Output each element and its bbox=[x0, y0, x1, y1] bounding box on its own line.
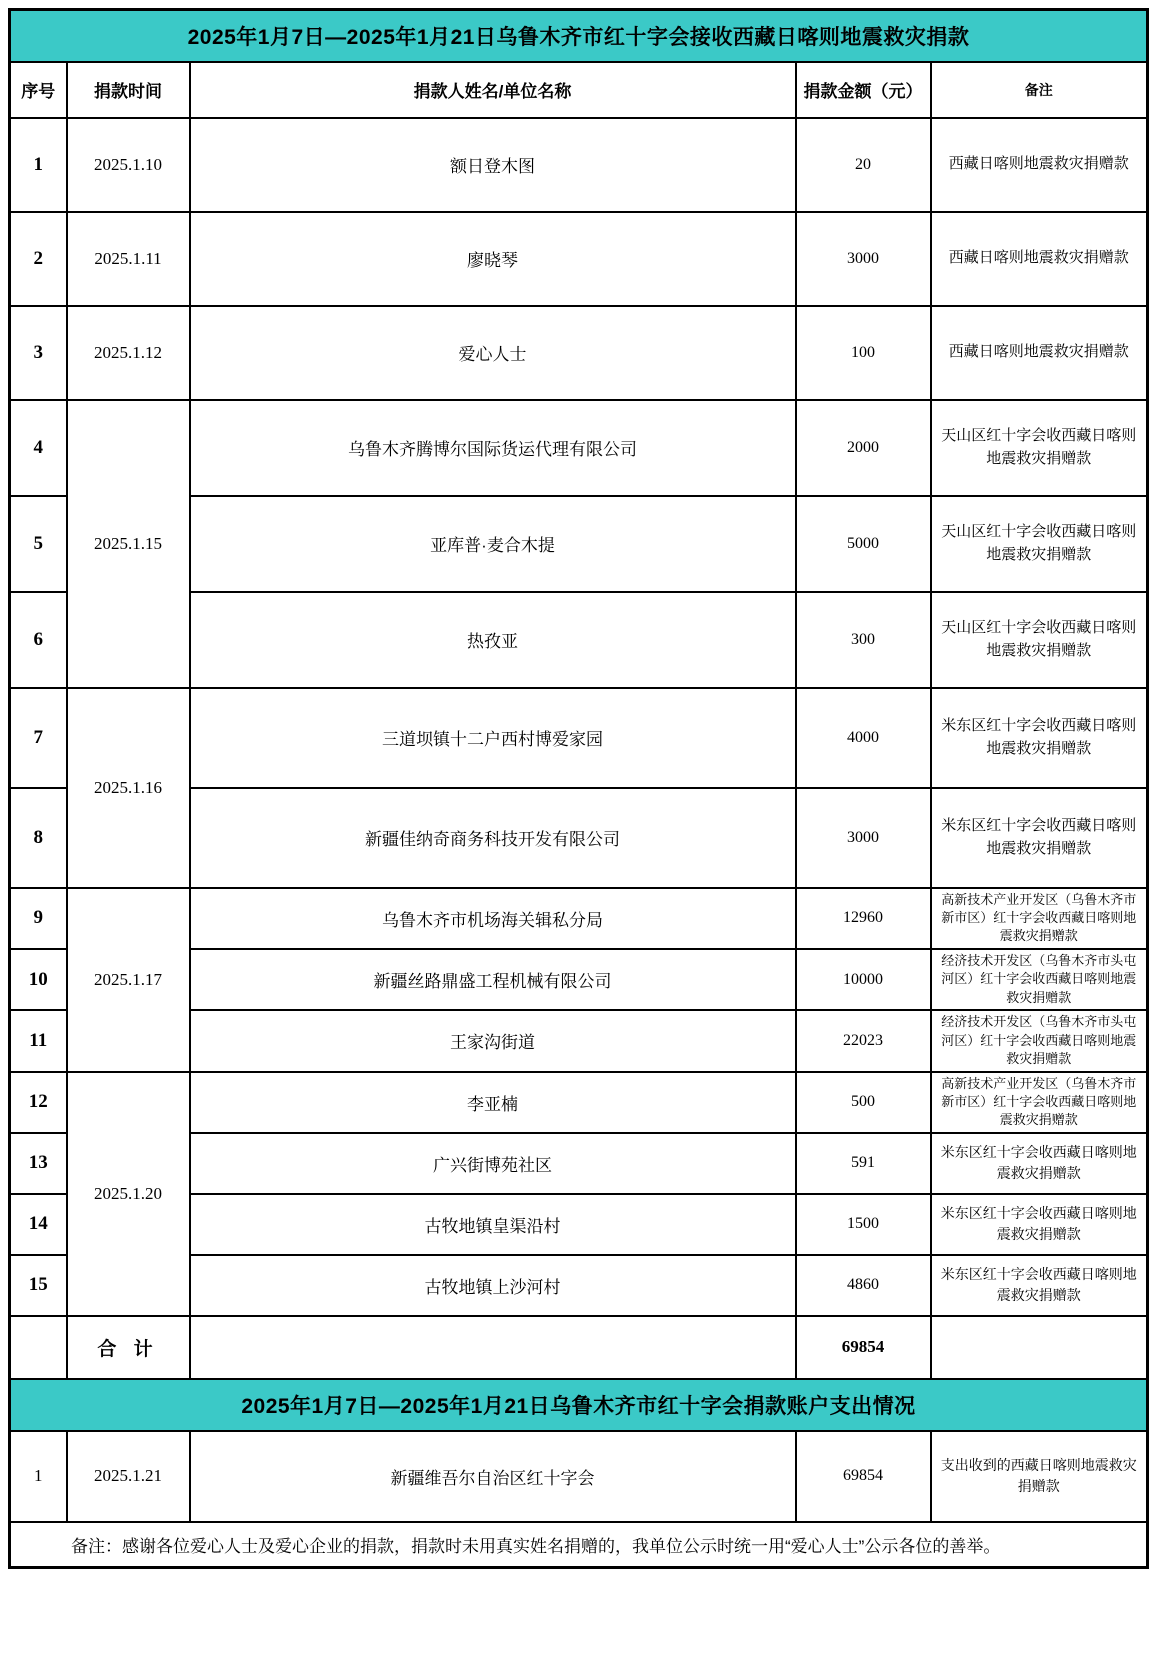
cell-remark: 西藏日喀则地震救灾捐赠款 bbox=[931, 118, 1148, 212]
cell-date-merged: 2025.1.20 bbox=[67, 1072, 190, 1316]
cell-donor-name: 王家沟街道 bbox=[190, 1010, 796, 1071]
cell-donor-name: 额日登木图 bbox=[190, 118, 796, 212]
cell-donor-name: 古牧地镇皇渠沿村 bbox=[190, 1194, 796, 1255]
table-row: 2 2025.1.11 廖晓琴 3000 西藏日喀则地震救灾捐赠款 bbox=[10, 212, 1148, 306]
cell-remark-empty bbox=[931, 1316, 1148, 1379]
cell-donor-name: 新疆佳纳奇商务科技开发有限公司 bbox=[190, 788, 796, 888]
cell-serial: 11 bbox=[10, 1010, 67, 1071]
table1-title: 2025年1月7日—2025年1月21日乌鲁木齐市红十字会接收西藏日喀则地震救灾… bbox=[10, 10, 1148, 62]
table-row: 7 2025.1.16 三道坝镇十二户西村博爱家园 4000 米东区红十字会收西… bbox=[10, 688, 1148, 788]
cell-remark: 米东区红十字会收西藏日喀则地震救灾捐赠款 bbox=[931, 788, 1148, 888]
cell-remark: 米东区红十字会收西藏日喀则地震救灾捐赠款 bbox=[931, 1255, 1148, 1316]
cell-serial: 8 bbox=[10, 788, 67, 888]
cell-date-merged: 2025.1.16 bbox=[67, 688, 190, 888]
table-row: 3 2025.1.12 爱心人士 100 西藏日喀则地震救灾捐赠款 bbox=[10, 306, 1148, 400]
cell-donor-name: 古牧地镇上沙河村 bbox=[190, 1255, 796, 1316]
cell-remark: 经济技术开发区（乌鲁木齐市头屯河区）红十字会收西藏日喀则地震救灾捐赠款 bbox=[931, 949, 1148, 1010]
table-row: 备注：感谢各位爱心人士及爱心企业的捐款，捐款时未用真实姓名捐赠的，我单位公示时统… bbox=[10, 1522, 1148, 1568]
cell-remark: 天山区红十字会收西藏日喀则地震救灾捐赠款 bbox=[931, 400, 1148, 496]
cell-remark: 高新技术产业开发区（乌鲁木齐市新市区）红十字会收西藏日喀则地震救灾捐赠款 bbox=[931, 888, 1148, 949]
cell-donor-name: 广兴街博苑社区 bbox=[190, 1133, 796, 1194]
document-sheet: 2025年1月7日—2025年1月21日乌鲁木齐市红十字会接收西藏日喀则地震救灾… bbox=[0, 0, 1154, 1569]
cell-amount: 22023 bbox=[796, 1010, 931, 1071]
cell-remark: 西藏日喀则地震救灾捐赠款 bbox=[931, 306, 1148, 400]
cell-date: 2025.1.12 bbox=[67, 306, 190, 400]
cell-date: 2025.1.21 bbox=[67, 1431, 190, 1522]
cell-serial: 1 bbox=[10, 1431, 67, 1522]
cell-donor-name: 三道坝镇十二户西村博爱家园 bbox=[190, 688, 796, 788]
cell-serial: 1 bbox=[10, 118, 67, 212]
cell-remark: 西藏日喀则地震救灾捐赠款 bbox=[931, 212, 1148, 306]
cell-remark: 高新技术产业开发区（乌鲁木齐市新市区）红十字会收西藏日喀则地震救灾捐赠款 bbox=[931, 1072, 1148, 1133]
cell-donor-name: 乌鲁木齐市机场海关辑私分局 bbox=[190, 888, 796, 949]
cell-serial: 9 bbox=[10, 888, 67, 949]
cell-serial: 4 bbox=[10, 400, 67, 496]
col-header-serial: 序号 bbox=[10, 62, 67, 118]
cell-amount: 3000 bbox=[796, 788, 931, 888]
cell-amount: 100 bbox=[796, 306, 931, 400]
cell-serial: 13 bbox=[10, 1133, 67, 1194]
cell-serial: 2 bbox=[10, 212, 67, 306]
table-row: 1 2025.1.10 额日登木图 20 西藏日喀则地震救灾捐赠款 bbox=[10, 118, 1148, 212]
cell-amount: 12960 bbox=[796, 888, 931, 949]
footer-note: 备注：感谢各位爱心人士及爱心企业的捐款，捐款时未用真实姓名捐赠的，我单位公示时统… bbox=[10, 1522, 1148, 1568]
cell-date: 2025.1.10 bbox=[67, 118, 190, 212]
cell-date: 2025.1.11 bbox=[67, 212, 190, 306]
cell-amount: 4000 bbox=[796, 688, 931, 788]
cell-amount: 2000 bbox=[796, 400, 931, 496]
table-row: 4 2025.1.15 乌鲁木齐腾博尔国际货运代理有限公司 2000 天山区红十… bbox=[10, 400, 1148, 496]
cell-serial: 15 bbox=[10, 1255, 67, 1316]
cell-amount: 3000 bbox=[796, 212, 931, 306]
cell-amount: 5000 bbox=[796, 496, 931, 592]
table-row: 2025年1月7日—2025年1月21日乌鲁木齐市红十字会捐款账户支出情况 bbox=[10, 1379, 1148, 1431]
cell-remark: 支出收到的西藏日喀则地震救灾捐赠款 bbox=[931, 1431, 1148, 1522]
cell-serial: 10 bbox=[10, 949, 67, 1010]
total-label: 合 计 bbox=[67, 1316, 190, 1379]
cell-remark: 米东区红十字会收西藏日喀则地震救灾捐赠款 bbox=[931, 1194, 1148, 1255]
table-row: 序号 捐款时间 捐款人姓名/单位名称 捐款金额（元） 备注 bbox=[10, 62, 1148, 118]
cell-serial: 14 bbox=[10, 1194, 67, 1255]
col-header-remark: 备注 bbox=[931, 62, 1148, 118]
cell-donor-name: 亚库普·麦合木提 bbox=[190, 496, 796, 592]
table-row: 12 2025.1.20 李亚楠 500 高新技术产业开发区（乌鲁木齐市新市区）… bbox=[10, 1072, 1148, 1133]
cell-amount: 591 bbox=[796, 1133, 931, 1194]
table-row: 合 计 69854 bbox=[10, 1316, 1148, 1379]
table-row: 9 2025.1.17 乌鲁木齐市机场海关辑私分局 12960 高新技术产业开发… bbox=[10, 888, 1148, 949]
cell-name-empty bbox=[190, 1316, 796, 1379]
cell-remark: 米东区红十字会收西藏日喀则地震救灾捐赠款 bbox=[931, 688, 1148, 788]
cell-amount: 1500 bbox=[796, 1194, 931, 1255]
cell-donor-name: 爱心人士 bbox=[190, 306, 796, 400]
table-row: 2025年1月7日—2025年1月21日乌鲁木齐市红十字会接收西藏日喀则地震救灾… bbox=[10, 10, 1148, 62]
cell-donor-name: 乌鲁木齐腾博尔国际货运代理有限公司 bbox=[190, 400, 796, 496]
cell-amount: 20 bbox=[796, 118, 931, 212]
cell-amount: 69854 bbox=[796, 1431, 931, 1522]
cell-serial: 12 bbox=[10, 1072, 67, 1133]
cell-donor-name: 廖晓琴 bbox=[190, 212, 796, 306]
cell-donor-name: 热孜亚 bbox=[190, 592, 796, 688]
col-header-amount: 捐款金额（元） bbox=[796, 62, 931, 118]
cell-remark: 天山区红十字会收西藏日喀则地震救灾捐赠款 bbox=[931, 496, 1148, 592]
cell-amount: 500 bbox=[796, 1072, 931, 1133]
cell-amount: 300 bbox=[796, 592, 931, 688]
cell-remark: 米东区红十字会收西藏日喀则地震救灾捐赠款 bbox=[931, 1133, 1148, 1194]
cell-serial-empty bbox=[10, 1316, 67, 1379]
cell-date-merged: 2025.1.17 bbox=[67, 888, 190, 1072]
cell-donor-name: 新疆维吾尔自治区红十字会 bbox=[190, 1431, 796, 1522]
donation-table: 2025年1月7日—2025年1月21日乌鲁木齐市红十字会接收西藏日喀则地震救灾… bbox=[8, 8, 1149, 1569]
total-amount: 69854 bbox=[796, 1316, 931, 1379]
cell-serial: 5 bbox=[10, 496, 67, 592]
cell-date-merged: 2025.1.15 bbox=[67, 400, 190, 688]
cell-serial: 3 bbox=[10, 306, 67, 400]
table-row: 1 2025.1.21 新疆维吾尔自治区红十字会 69854 支出收到的西藏日喀… bbox=[10, 1431, 1148, 1522]
cell-remark: 经济技术开发区（乌鲁木齐市头屯河区）红十字会收西藏日喀则地震救灾捐赠款 bbox=[931, 1010, 1148, 1071]
cell-serial: 7 bbox=[10, 688, 67, 788]
col-header-donor-name: 捐款人姓名/单位名称 bbox=[190, 62, 796, 118]
cell-amount: 4860 bbox=[796, 1255, 931, 1316]
cell-serial: 6 bbox=[10, 592, 67, 688]
cell-remark: 天山区红十字会收西藏日喀则地震救灾捐赠款 bbox=[931, 592, 1148, 688]
col-header-date: 捐款时间 bbox=[67, 62, 190, 118]
cell-donor-name: 李亚楠 bbox=[190, 1072, 796, 1133]
table2-title: 2025年1月7日—2025年1月21日乌鲁木齐市红十字会捐款账户支出情况 bbox=[10, 1379, 1148, 1431]
cell-donor-name: 新疆丝路鼎盛工程机械有限公司 bbox=[190, 949, 796, 1010]
cell-amount: 10000 bbox=[796, 949, 931, 1010]
